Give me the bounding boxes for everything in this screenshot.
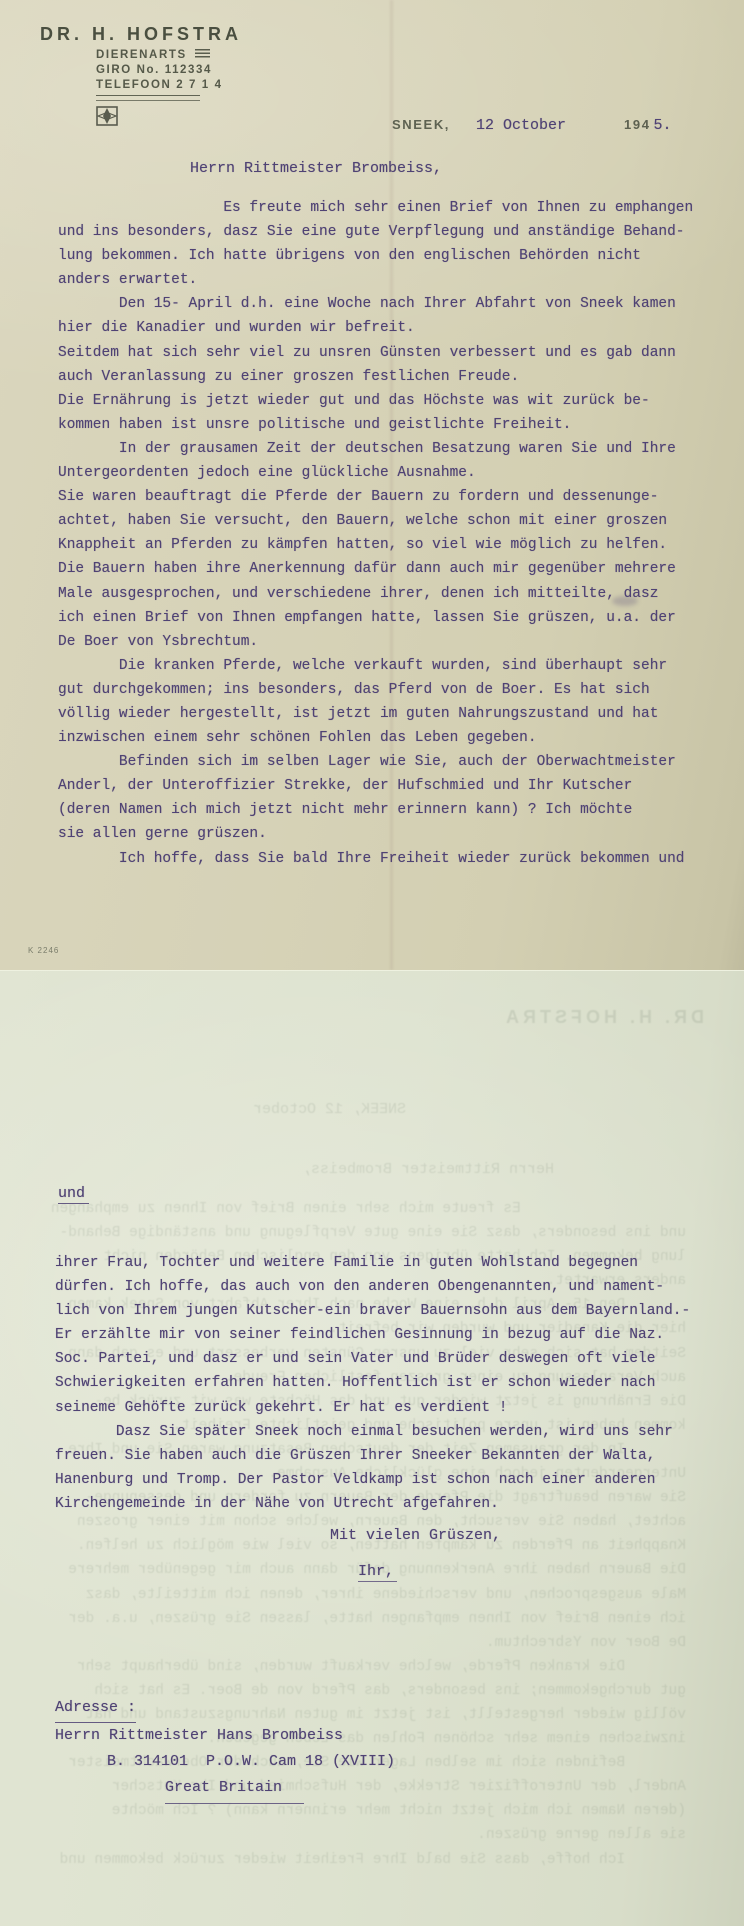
typed-line: hier die Kanadier und wurden wir befreit… — [58, 320, 693, 344]
typed-line: und ins besonders, dasz Sie eine gute Ve… — [58, 224, 693, 248]
ghost-dateline: SNEEK, 12 October — [253, 1101, 406, 1118]
typed-line: ihrer Frau, Tochter und weitere Familie … — [55, 1255, 690, 1279]
typed-line: Hanenburg und Tromp. Der Pastor Veldkamp… — [55, 1472, 690, 1496]
typed-line: inzwischen einem sehr schönen Fohlen das… — [58, 730, 693, 754]
stationery-form-number: K 2246 — [28, 946, 59, 955]
typed-line: Die kranken Pferde, welche verkauft wurd… — [58, 658, 693, 682]
typed-line: sie allen gerne grüszen. — [51, 1827, 686, 1851]
dateline: SNEEK,12 October1945. — [338, 100, 672, 151]
dateline-place-printed: SNEEK, — [392, 117, 450, 132]
typed-line: Kirchengemeinde in der Nähe von Utrecht … — [55, 1496, 690, 1520]
ghost-letterhead-name: DR. H. HOFSTRA — [502, 1007, 704, 1028]
typed-line: (deren Namen ich mich jetzt nicht mehr e… — [51, 1803, 686, 1827]
typed-line: Es freute mich sehr einen Brief von Ihne… — [58, 200, 693, 224]
typed-line: Anderl, der Unteroffizier Strekke, der H… — [58, 778, 693, 802]
letterhead-name: DR. H. HOFSTRA — [40, 24, 242, 45]
letterhead-profession: DIERENARTS — [96, 49, 187, 61]
typed-line: lung bekommen. Ich hatte übrigens von de… — [58, 248, 693, 272]
letterhead-profession-row: DIERENARTS — [96, 48, 242, 63]
typed-line: Untergeordenten jedoch eine glückliche A… — [58, 465, 693, 489]
typed-line: freuen. Sie haben auch die Grüszen Ihrer… — [55, 1448, 690, 1472]
typed-line: Er erzählte mir von seiner feindlichen G… — [55, 1327, 690, 1351]
ghost-date: 12 October — [253, 1101, 343, 1118]
typed-line: ich einen Brief von Ihnen empfangen hatt… — [51, 1611, 686, 1635]
ghost-place: SNEEK, — [352, 1101, 406, 1118]
typed-line: Soc. Partei, und dasz er und sein Vater … — [55, 1351, 690, 1375]
typed-line: anders erwartet. — [58, 272, 693, 296]
typed-line: Es freute mich sehr einen Brief von Ihne… — [51, 1201, 686, 1225]
typed-line: Den 15- April d.h. eine Woche nach Ihrer… — [58, 296, 693, 320]
dateline-year-typed: 5. — [654, 117, 672, 134]
typed-line: Seitdem hat sich sehr viel zu unsren Gün… — [58, 345, 693, 369]
typed-line: ich einen Brief von Ihnen empfangen hatt… — [58, 610, 693, 634]
scanned-letter: DR. H. HOFSTRA DIERENARTS GIRO No. 11233… — [0, 0, 744, 1926]
letterhead-details: DIERENARTS GIRO No. 112334 TELEFOON 2 7 … — [96, 48, 242, 131]
typed-line: sie allen gerne grüszen. — [58, 826, 693, 850]
typed-line: Die kranken Pferde, welche verkauft wurd… — [51, 1659, 686, 1683]
typed-line: kommen haben ist unsre politische und ge… — [58, 417, 693, 441]
catchword-und: und — [58, 1185, 89, 1204]
typed-line: lich von Ihrem jungen Kutscher-ein brave… — [55, 1303, 690, 1327]
typed-line: Schwierigkeiten erfahren hatten. Hoffent… — [55, 1375, 690, 1399]
typed-line: Male ausgesprochen, und verschiedene ihr… — [51, 1587, 686, 1611]
typed-line: auch Veranlassung zu einer groszen festl… — [58, 369, 693, 393]
typed-line: Knappheit an Pferden zu kämpfen hatten, … — [58, 537, 693, 561]
typed-line: Sie waren beauftragt die Pferde der Baue… — [58, 489, 693, 513]
typed-line: Ich hoffe, dass Sie bald Ihre Freiheit w… — [58, 851, 693, 875]
typed-line: In der grausamen Zeit der deutschen Besa… — [58, 441, 693, 465]
address-block: Adresse : Herrn Rittmeister Hans Brombei… — [55, 1695, 395, 1804]
letter-body-page1: Es freute mich sehr einen Brief von Ihne… — [58, 200, 693, 875]
letterhead-telefoon: TELEFOON 2 7 1 4 — [96, 78, 242, 93]
typed-line: Ich hoffe, dass Sie bald Ihre Freiheit w… — [51, 1852, 686, 1876]
typed-line: De Boer von Ysbrechtum. — [51, 1635, 686, 1659]
page-1: DR. H. HOFSTRA DIERENARTS GIRO No. 11233… — [0, 0, 744, 972]
typed-line: völlig wieder hergestellt, ist jetzt im … — [58, 706, 693, 730]
address-label: Adresse : — [55, 1695, 136, 1723]
typed-line: gut durchgekommen; ins besonders, das Pf… — [58, 682, 693, 706]
typed-line: Befinden sich im selben Lager wie Sie, a… — [58, 754, 693, 778]
page-2: DR. H. HOFSTRA SNEEK, 12 October Herrn R… — [0, 970, 744, 1926]
address-pow-number: B. 314101 P.O.W. Cam 18 (XVIII) — [107, 1749, 395, 1775]
typed-line: und ins besonders, dasz Sie eine gute Ve… — [51, 1225, 686, 1249]
ink-smudge — [612, 596, 638, 606]
dateline-year-printed: 194 — [624, 117, 651, 132]
address-recipient: Herrn Rittmeister Hans Brombeiss — [55, 1723, 395, 1749]
typed-line: Die Ernährung is jetzt wieder gut und da… — [58, 393, 693, 417]
letterhead-rule — [96, 95, 200, 101]
typed-line: Dasz Sie später Sneek noch einmal besuch… — [55, 1424, 690, 1448]
address-country: Great Britain — [165, 1775, 304, 1804]
letterhead-giro: GIRO No. 112334 — [96, 63, 242, 78]
letter-body-page2: ihrer Frau, Tochter und weitere Familie … — [55, 1255, 690, 1520]
typed-line: Male ausgesprochen, und verschiedene ihr… — [58, 586, 693, 610]
typed-line: (deren Namen ich mich jetzt nicht mehr e… — [58, 802, 693, 826]
ghost-salutation: Herrn Rittmeister Brombeiss, — [302, 1161, 554, 1178]
typed-line: achtet, haben Sie versucht, den Bauern, … — [58, 513, 693, 537]
dateline-typed-date: 12 October — [476, 117, 566, 134]
letterhead: DR. H. HOFSTRA DIERENARTS GIRO No. 11233… — [40, 24, 242, 131]
typed-line: seineme Gehöfte zurück gekehrt. Er hat e… — [55, 1400, 690, 1424]
crest-stamp-icon — [96, 106, 118, 126]
typed-line: De Boer von Ysbrechtum. — [58, 634, 693, 658]
typed-line: dürfen. Ich hoffe, das auch von den ande… — [55, 1279, 690, 1303]
signature-line: Ihr, — [358, 1563, 397, 1582]
typed-line: Die Bauern haben ihre Anerkennung dafür … — [58, 561, 693, 585]
triple-bars-icon — [195, 49, 210, 58]
closing-salute: Mit vielen Grüszen, — [330, 1527, 501, 1544]
salutation: Herrn Rittmeister Brombeiss, — [190, 160, 442, 177]
